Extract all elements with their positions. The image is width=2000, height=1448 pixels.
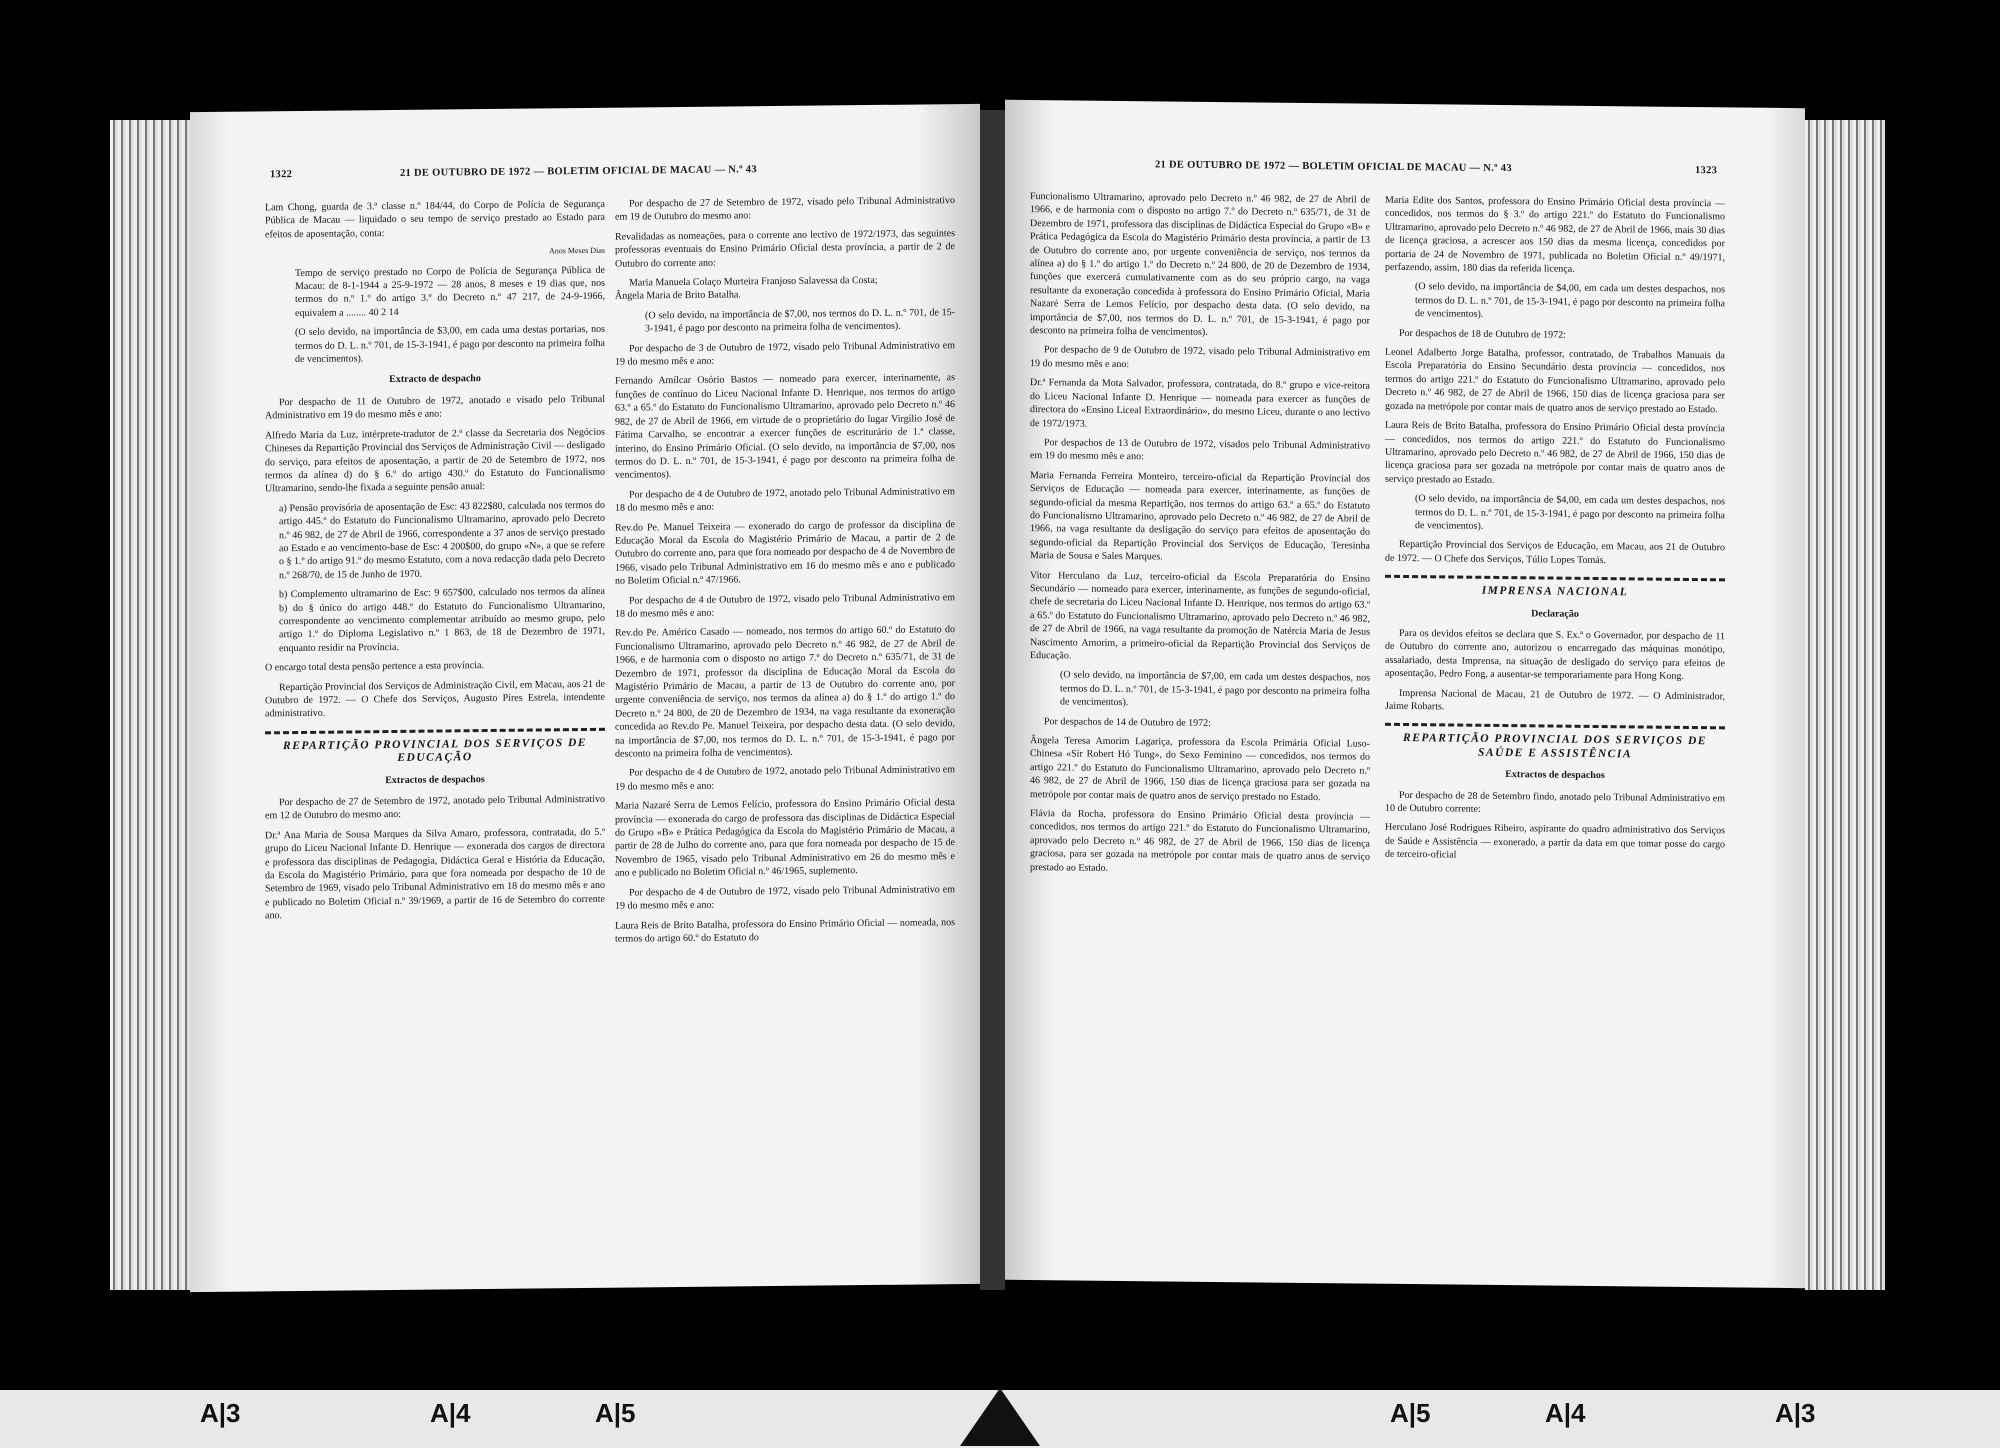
frame-label: A|5 bbox=[595, 1398, 636, 1429]
section-divider bbox=[1385, 723, 1725, 730]
signature-paragraph: Repartição Provincial dos Serviços de Ad… bbox=[265, 677, 605, 721]
frame-label: A|3 bbox=[1775, 1398, 1816, 1429]
signature-paragraph: Imprensa Nacional de Macau, 21 de Outubr… bbox=[1385, 686, 1725, 716]
section-heading: Extracto de despacho bbox=[265, 371, 605, 388]
list-item: b) Complemento ultramarino de Esc: 9 657… bbox=[279, 585, 605, 655]
paragraph: Tempo de serviço prestado no Corpo de Po… bbox=[295, 263, 605, 320]
paragraph: Laura Reis de Brito Batalha, professora … bbox=[615, 916, 955, 946]
paragraph: Maria Fernanda Ferreira Monteiro, tercei… bbox=[1030, 469, 1370, 566]
section-title: Repartição Provincial dos Serviços de Ed… bbox=[265, 737, 605, 767]
left-page-stack-edge bbox=[110, 120, 190, 1290]
paragraph: Lam Chong, guarda de 3.ª classe n.º 184/… bbox=[265, 198, 605, 242]
paragraph: Por despacho de 11 de Outubro de 1972, a… bbox=[265, 393, 605, 423]
frame-label: A|5 bbox=[1390, 1398, 1431, 1429]
stamp-note: (O selo devido, na importância de $3,00,… bbox=[295, 323, 605, 366]
paragraph: Por despacho de 4 de Outubro de 1972, an… bbox=[615, 485, 955, 515]
paragraph: Funcionalismo Ultramarino, aprovado pelo… bbox=[1030, 190, 1370, 341]
film-center-marker bbox=[960, 1388, 1040, 1446]
section-heading: Declaração bbox=[1385, 605, 1725, 622]
paragraph: Por despacho de 4 de Outubro de 1972, an… bbox=[615, 764, 955, 794]
signature-paragraph: Repartição Provincial dos Serviços de Ed… bbox=[1385, 538, 1725, 568]
paragraph: Para os devidos efeitos se declara que S… bbox=[1385, 627, 1725, 684]
right-page-col1: Funcionalismo Ultramarino, aprovado pelo… bbox=[1030, 190, 1370, 884]
stamp-note: (O selo devido, na importância de $4,00,… bbox=[1415, 281, 1725, 324]
paragraph: Maria Nazaré Serra de Lemos Felício, pro… bbox=[615, 796, 955, 880]
section-divider bbox=[1385, 575, 1725, 582]
paragraph: Por despacho de 4 de Outubro de 1972, vi… bbox=[615, 591, 955, 621]
frame-label: A|4 bbox=[1545, 1398, 1586, 1429]
list-item: a) Pensão provisória de aposentação de E… bbox=[279, 499, 605, 583]
paragraph: Leonel Adalberto Jorge Batalha, professo… bbox=[1385, 346, 1725, 417]
paragraph: O encargo total desta pensão pertence a … bbox=[265, 658, 605, 675]
paragraph: Por despachos de 14 de Outubro de 1972: bbox=[1030, 715, 1370, 732]
paragraph: Por despachos de 13 de Outubro de 1972, … bbox=[1030, 436, 1370, 466]
left-page-col1: Lam Chong, guarda de 3.ª classe n.º 184/… bbox=[265, 198, 605, 929]
paragraph: Por despacho de 3 de Outubro de 1972, vi… bbox=[615, 339, 955, 369]
left-page: 1322 21 DE OUTUBRO DE 1972 — BOLETIM OFI… bbox=[190, 104, 980, 1292]
paragraph: Fernando Amílcar Osório Bastos — nomeado… bbox=[615, 372, 955, 483]
running-head-right: 21 DE OUTUBRO DE 1972 — BOLETIM OFICIAL … bbox=[1155, 159, 1512, 174]
page-number-right: 1323 bbox=[1695, 165, 1717, 176]
right-page: 21 DE OUTUBRO DE 1972 — BOLETIM OFICIAL … bbox=[1005, 100, 1805, 1288]
paragraph: Por despacho de 27 de Setembro de 1972, … bbox=[265, 793, 605, 823]
section-heading: Extractos de despachos bbox=[265, 771, 605, 788]
left-page-col2: Por despacho de 27 de Setembro de 1972, … bbox=[615, 194, 955, 952]
page-number-left: 1322 bbox=[270, 169, 292, 180]
paragraph: Por despacho de 28 de Setembro findo, an… bbox=[1385, 788, 1725, 818]
section-title: Repartição Provincial dos Serviços de Sa… bbox=[1385, 732, 1725, 762]
stamp-note: (O selo devido, na importância de $4,00,… bbox=[1415, 492, 1725, 535]
stamp-note: (O selo devido, na importância de $7,00,… bbox=[645, 306, 955, 336]
paragraph: Por despacho de 9 de Outubro de 1972, vi… bbox=[1030, 344, 1370, 374]
paragraph: Herculano José Rodrigues Ribeiro, aspira… bbox=[1385, 821, 1725, 865]
section-title: Imprensa Nacional bbox=[1385, 584, 1725, 601]
table-header: Anos Meses Dias bbox=[265, 244, 605, 261]
paragraph: Laura Reis de Brito Batalha, professora … bbox=[1385, 419, 1725, 490]
paragraph: Rev.do Pe. Manuel Teixeira — exonerado d… bbox=[615, 518, 955, 589]
paragraph: Dr.ª Ana Maria de Sousa Marques da Silva… bbox=[265, 826, 605, 923]
paragraph: Ângela Teresa Amorim Lagariça, professor… bbox=[1030, 734, 1370, 805]
paragraph: Dr.ª Fernanda da Mota Salvador, professo… bbox=[1030, 376, 1370, 433]
paragraph: Rev.do Pe. Américo Casado — nomeado, nos… bbox=[615, 624, 955, 762]
right-page-col2: Maria Edite dos Santos, professora do En… bbox=[1385, 194, 1725, 871]
list-item: Ângela Maria de Brito Batalha. bbox=[615, 287, 955, 304]
paragraph: Por despachos de 18 de Outubro de 1972: bbox=[1385, 326, 1725, 343]
paragraph: Revalidadas as nomeações, para o corrent… bbox=[615, 227, 955, 271]
paragraph: Maria Edite dos Santos, professora do En… bbox=[1385, 194, 1725, 278]
paragraph: Por despacho de 4 de Outubro de 1972, vi… bbox=[615, 883, 955, 913]
paragraph: Vitor Herculano da Luz, terceiro-oficial… bbox=[1030, 569, 1370, 666]
frame-label: A|3 bbox=[200, 1398, 241, 1429]
book-spine bbox=[980, 110, 1005, 1290]
right-page-stack-edge bbox=[1805, 120, 1885, 1290]
section-heading: Extractos de despachos bbox=[1385, 767, 1725, 784]
paragraph: Flávia da Rocha, professora do Ensino Pr… bbox=[1030, 807, 1370, 878]
section-divider bbox=[265, 728, 605, 735]
stamp-note: (O selo devido, na importância de $7,00,… bbox=[1060, 669, 1370, 712]
paragraph: Alfredo Maria da Luz, intérprete-traduto… bbox=[265, 425, 605, 496]
running-head-left: 21 DE OUTUBRO DE 1972 — BOLETIM OFICIAL … bbox=[400, 164, 757, 179]
paragraph: Por despacho de 27 de Setembro de 1972, … bbox=[615, 194, 955, 224]
frame-label: A|4 bbox=[430, 1398, 471, 1429]
